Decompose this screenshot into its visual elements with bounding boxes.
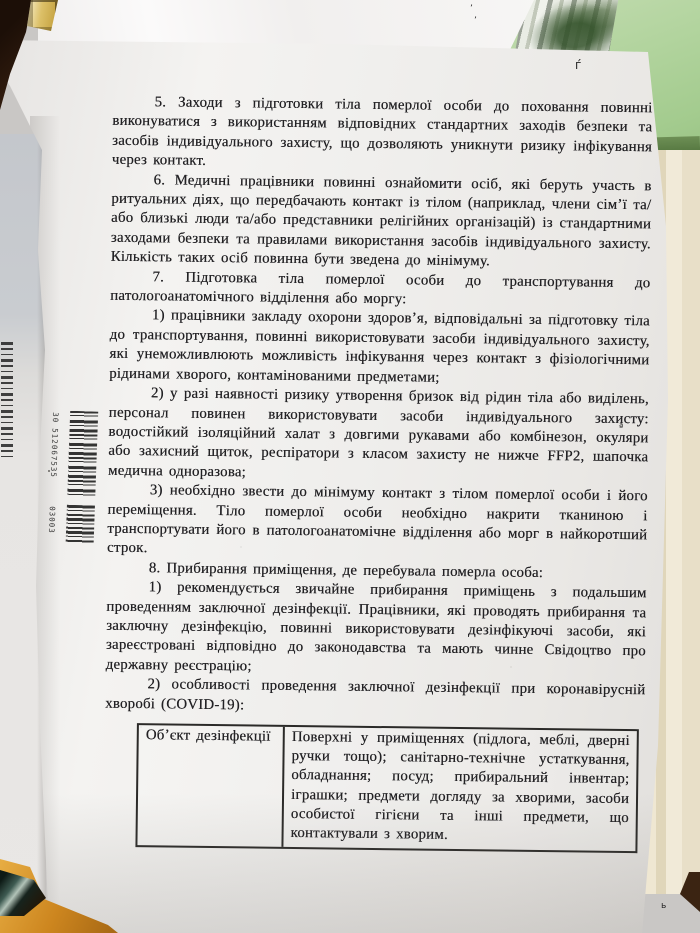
ink-mark: ь (661, 901, 666, 911)
paragraph-6: 6. Медичні працівники повинні ознайомити… (110, 170, 651, 274)
paragraph-7-item-2: 2) у разі наявності ризику утворення бри… (108, 384, 649, 488)
ink-mark: ѓ (575, 60, 581, 70)
partial-barcode-icon (1, 342, 13, 458)
paragraph-7-item-3: 3) необхідно звести до мінімуму контакт … (107, 481, 648, 565)
barcode-bars-icon (67, 411, 98, 498)
ink-speck: ʼ (470, 4, 473, 14)
paragraph-7-heading: 7. Підготовка тіла померлої особи до тра… (110, 267, 650, 312)
ink-mark: ª (619, 423, 623, 433)
desk-photo: ʼ ʼ 30 512067535 03003 5. Заходи з підго… (0, 0, 700, 933)
table-cell-object-label: Об’єкт дезінфекції (137, 725, 284, 847)
striped-book-spine (515, 0, 619, 52)
barcode-number-top: 30 (51, 412, 60, 423)
paragraph-8-item-2: 2) особливості проведення заключної дезі… (105, 675, 645, 720)
document-page: 30 512067535 03003 5. Заходи з підготовк… (0, 26, 680, 933)
barcode-number-bottom: 03003 (47, 506, 57, 534)
table-cell-object-value: Поверхні у приміщеннях (підлога, меблі, … (283, 727, 636, 852)
barcode-bars-icon (66, 505, 95, 544)
paragraph-8-item-1: 1) рекомендується звичайне прибирання пр… (106, 578, 647, 682)
document-text: 5. Заходи з підготовки тіла померлої осо… (103, 93, 652, 854)
ink-speck: ʼ (474, 16, 477, 26)
barcode-stamp: 30 512067535 03003 (50, 404, 103, 546)
barcode-number-main: 512067535 (49, 428, 60, 478)
paragraph-7-item-1: 1) працівники закладу охорони здоров’я, … (109, 306, 650, 390)
paragraph-5: 5. Заходи з підготовки тіла померлої осо… (112, 93, 653, 177)
disinfection-table: Об’єкт дезінфекції Поверхні у приміщення… (135, 723, 638, 853)
